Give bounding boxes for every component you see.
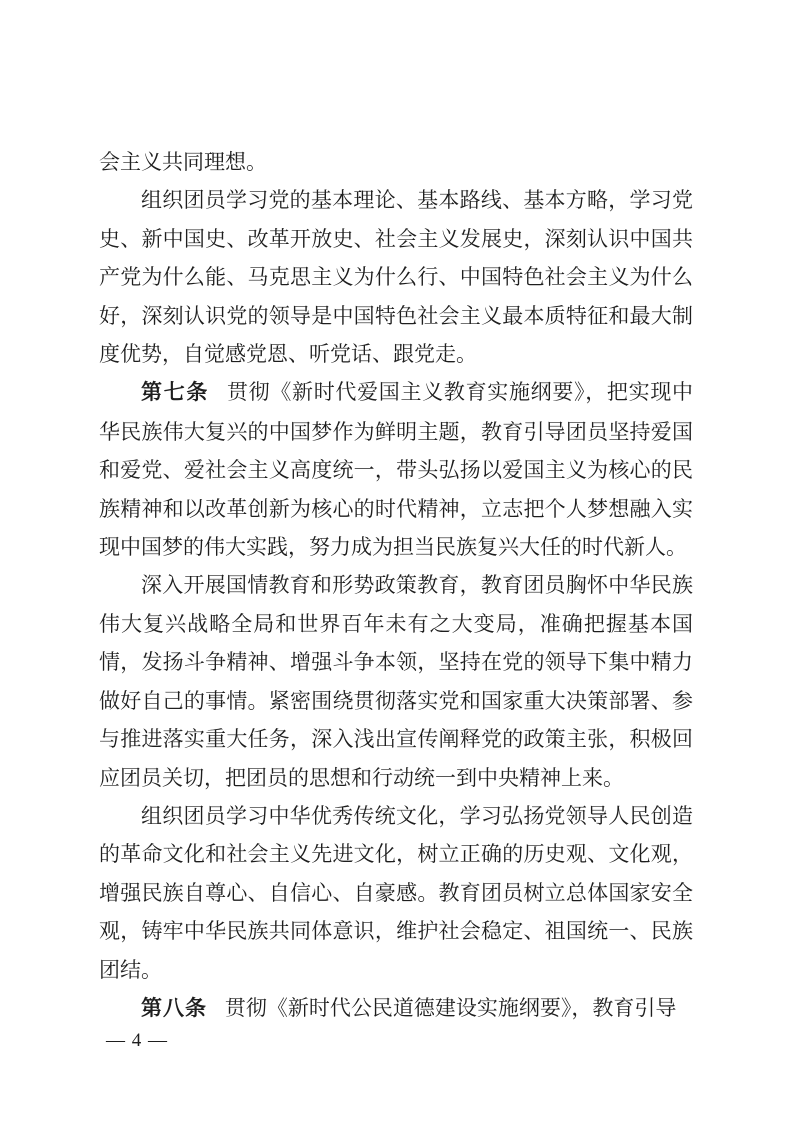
article-8-text: 贯彻《新时代公民道德建设实施纲要》，教育引导	[225, 996, 677, 1020]
paragraph-continuation: 会主义共同理想。	[99, 143, 693, 181]
document-page: 会主义共同理想。 组织团员学习党的基本理论、基本路线、基本方略，学习党史、新中国…	[0, 0, 793, 1123]
page-number: — 4 —	[106, 1030, 168, 1052]
article-8-label: 第八条	[141, 997, 207, 1020]
paragraph-traditional-culture: 组织团员学习中华优秀传统文化，学习弘扬党领导人民创造的革命文化和社会主义先进文化…	[99, 797, 693, 989]
article-7-label: 第七条	[141, 381, 209, 404]
paragraph-article-7: 第七条贯彻《新时代爱国主义教育实施纲要》，把实现中华民族伟大复兴的中国梦作为鲜明…	[99, 373, 693, 566]
paragraph-study-party-history: 组织团员学习党的基本理论、基本路线、基本方略，学习党史、新中国史、改革开放史、社…	[99, 181, 693, 373]
paragraph-national-conditions: 深入开展国情教育和形势政策教育，教育团员胸怀中华民族伟大复兴战略全局和世界百年未…	[99, 566, 693, 796]
document-body: 会主义共同理想。 组织团员学习党的基本理论、基本路线、基本方略，学习党史、新中国…	[99, 143, 693, 1028]
paragraph-article-8: 第八条贯彻《新时代公民道德建设实施纲要》，教育引导	[99, 989, 693, 1028]
article-7-text: 贯彻《新时代爱国主义教育实施纲要》，把实现中华民族伟大复兴的中国梦作为鲜明主题，…	[99, 380, 693, 559]
